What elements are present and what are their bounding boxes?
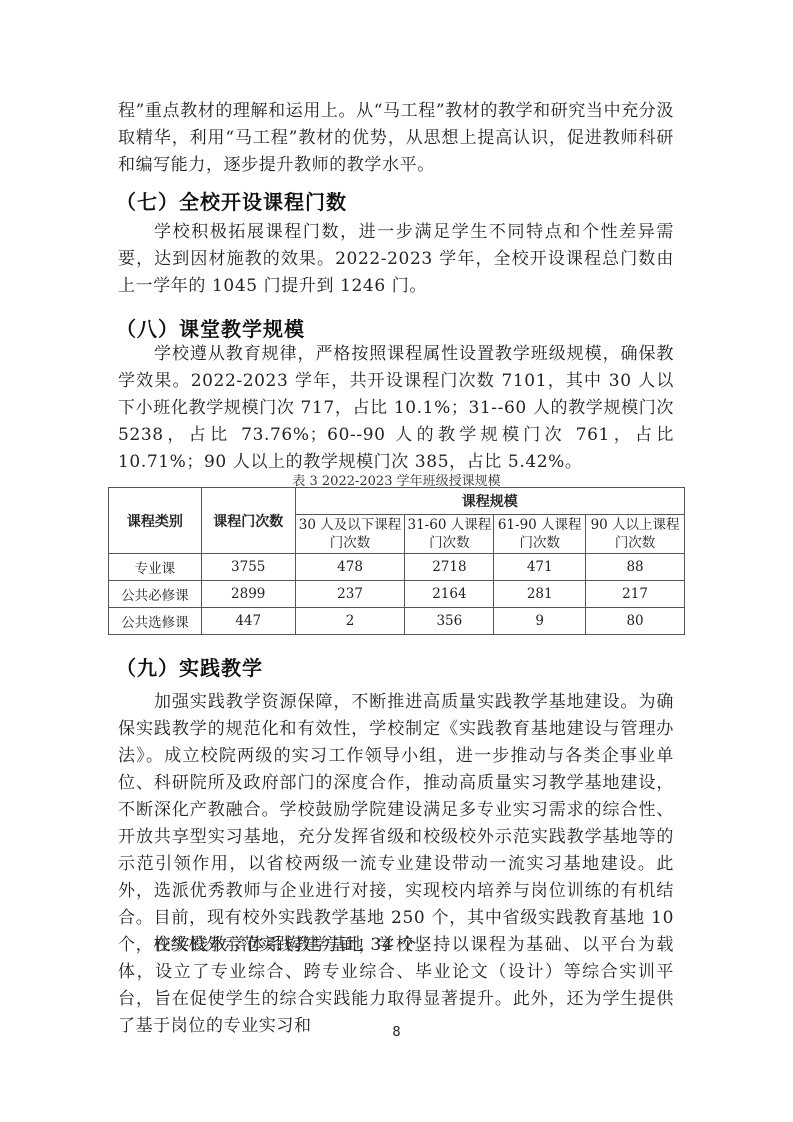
cell-value: 478 — [295, 554, 405, 581]
paragraph-practice-bases: 加强实践教学资源保障，不断推进高质量实践教学基地建设。为确保实践教学的规范化和有… — [118, 689, 674, 959]
cell-value: 9 — [494, 608, 586, 635]
paragraph-course-count: 学校积极拓展课程门数，进一步满足学生不同特点和个性差异需要，达到因材施教的效果。… — [118, 219, 674, 300]
cell-value: 2164 — [405, 581, 494, 608]
table-row: 专业课 3755 478 2718 471 88 — [109, 554, 685, 581]
header-size-30-below: 30 人及以下课程门次数 — [295, 515, 405, 554]
cell-value: 2 — [295, 608, 405, 635]
cell-category: 专业课 — [109, 554, 202, 581]
cell-value: 88 — [586, 554, 685, 581]
class-size-table: 课程类别 课程门次数 课程规模 30 人及以下课程门次数 31-60 人课程门次… — [108, 487, 685, 635]
cell-value: 356 — [405, 608, 494, 635]
cell-total: 3755 — [201, 554, 295, 581]
cell-value: 217 — [586, 581, 685, 608]
page-number: 8 — [0, 1025, 793, 1040]
section-heading-7: （七）全校开设课程门数 — [116, 186, 347, 215]
paragraph-continuation: 程”重点教材的理解和运用上。从“马工程”教材的教学和研究当中充分汲取精华，利用“… — [118, 98, 674, 179]
cell-total: 447 — [201, 608, 295, 635]
paragraph-class-size: 学校遵从教育规律，严格按照课程属性设置教学班级规模，确保教学效果。2022-20… — [118, 341, 674, 476]
paragraph-practice-system: 在实践教学体系构建方面，学校坚持以课程为基础、以平台为载体，设立了专业综合、跨专… — [118, 932, 674, 1040]
document-page: 程”重点教材的理解和运用上。从“马工程”教材的教学和研究当中充分汲取精华，利用“… — [0, 0, 793, 1122]
header-course-category: 课程类别 — [109, 488, 202, 554]
table-row: 公共必修课 2899 237 2164 281 217 — [109, 581, 685, 608]
table-row: 公共选修课 447 2 356 9 80 — [109, 608, 685, 635]
section-heading-8: （八）课堂教学规模 — [116, 313, 305, 342]
header-size-61-90: 61-90 人课程门次数 — [494, 515, 586, 554]
cell-category: 公共选修课 — [109, 608, 202, 635]
header-size-90-above: 90 人以上课程门次数 — [586, 515, 685, 554]
header-size-31-60: 31-60 人课程门次数 — [405, 515, 494, 554]
cell-value: 237 — [295, 581, 405, 608]
header-course-total: 课程门次数 — [201, 488, 295, 554]
cell-value: 80 — [586, 608, 685, 635]
cell-total: 2899 — [201, 581, 295, 608]
header-course-scale: 课程规模 — [295, 488, 684, 515]
cell-category: 公共必修课 — [109, 581, 202, 608]
section-heading-9: （九）实践教学 — [116, 652, 263, 681]
cell-value: 2718 — [405, 554, 494, 581]
cell-value: 281 — [494, 581, 586, 608]
cell-value: 471 — [494, 554, 586, 581]
